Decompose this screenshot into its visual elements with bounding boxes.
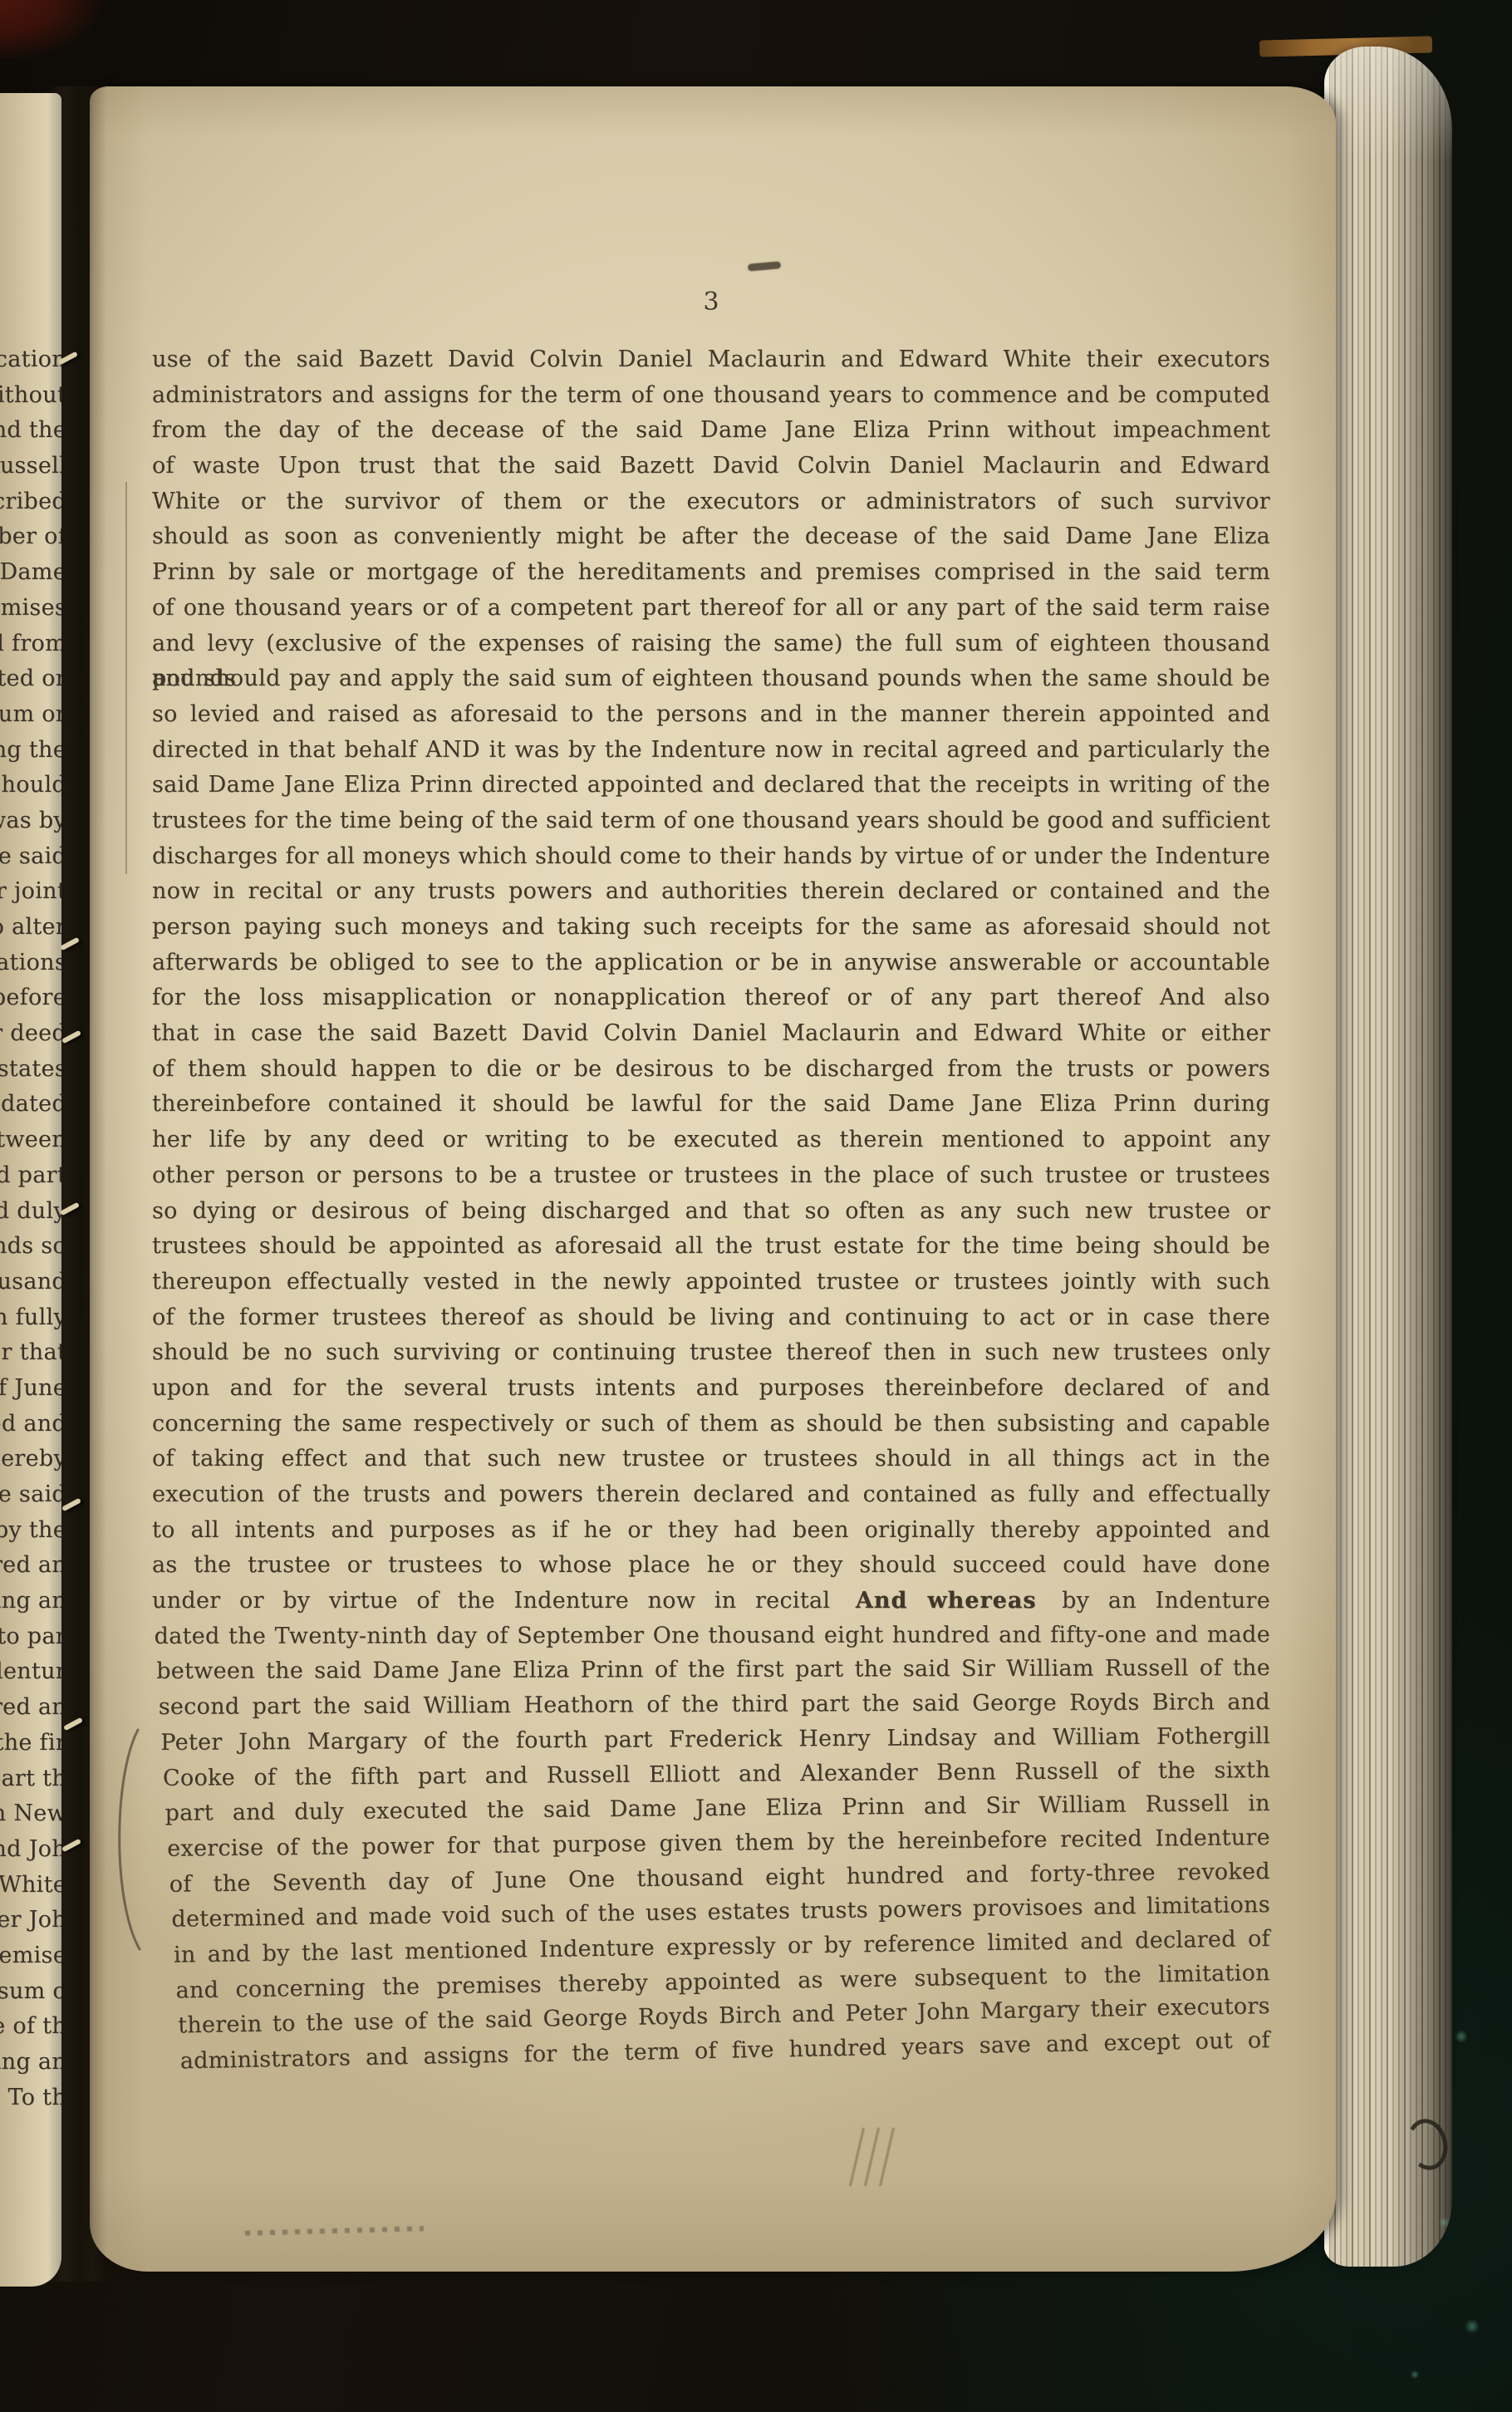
text-line: Prinn by sale or mortgage of the heredit… [152,555,1270,591]
body-text: use of the said Bazett David Colvin Dani… [152,342,1270,2080]
ink-smudge [748,261,782,271]
verso-fragment-line: cond part [0,1158,61,1194]
verso-fragment-line: Indentur [0,1654,61,1690]
tally-stroke [864,2128,880,2187]
fore-edge-page-stack [1324,47,1452,2267]
text-line: trustees for the time being of the said … [152,803,1270,839]
verso-fragment-line: mited or [0,661,61,697]
text-line: trustees should be appointed as aforesai… [152,1229,1270,1265]
verso-fragment-line: o the said [0,1477,61,1513]
text-line: of one thousand years or of a competent … [152,591,1270,626]
verso-fragment-line: been fully [0,1300,61,1336]
text-line: White or the survivor of them or the exe… [152,484,1270,520]
cover-corner-red [0,0,100,58]
text-line: person paying such moneys and taking suc… [152,910,1270,946]
verso-fragment-line: ndred an [0,1548,61,1584]
text-line: directed in that behalf AND it was by th… [152,733,1270,769]
verso-fragment-line: sisting an [0,2045,61,2080]
verso-fragment-line: sing the [0,733,61,769]
verso-fragment-line: and duly [0,1194,61,1230]
verso-fragment-line: reinbefore [0,980,61,1016]
verso-fragment-line: heir joint [0,874,61,910]
text-line: execution of the trusts and powers there… [152,1477,1270,1513]
verso-fragment-line: e between [0,1122,61,1158]
text-line: of waste Upon trust that the said Bazett… [152,449,1270,484]
text-line: should as soon as conveniently might be … [152,519,1270,555]
text-line: administrators and assigns for the term … [152,378,1270,414]
text-line: and should pay and apply the said sum of… [152,661,1270,697]
verso-fragment-line: e premise [0,1938,61,1974]
stitch-thread [61,1498,81,1512]
verso-fragment-line: late of th [0,2009,61,2045]
text-line: should be no such surviving or continuin… [152,1335,1270,1371]
text-line: between the said Dame Jane Eliza Prinn o… [152,1651,1270,1690]
verso-fragment-line: without [0,378,61,414]
text-line: from the day of the decease of the said … [152,413,1270,449]
verso-fragment-line: imitations [0,946,61,981]
text-line: of taking effect and that such new trust… [152,1442,1270,1477]
stitch-thread [60,1202,80,1216]
verso-fragment-line: sisting an [0,1584,61,1619]
verso-fragment-line: he sum o [0,1974,61,2010]
verso-fragment-line: part th [0,1761,61,1797]
verso-fragment-line: thousand [0,1265,61,1300]
tally-stroke [879,2128,895,2187]
verso-fragment-line: ld from [0,626,61,662]
teal-fleck [1465,2318,1479,2335]
verso-fragment-line: Ann New [0,1796,61,1832]
verso-fragment-line: to alter [0,910,61,946]
teal-fleck [1456,2029,1467,2044]
text-line: and levy (exclusive of the expenses of r… [152,626,1270,662]
verso-fragment-line: r for that [0,1335,61,1371]
stitch-thread [60,937,80,951]
verso-fragment-line: lescribed [0,484,61,520]
text-line: so levied and raised as aforesaid to the… [152,697,1270,733]
book-photograph: 3 use of the said Bazett David Colvin Da… [0,0,1512,2412]
verso-fragment-line: mber of [0,519,61,555]
verso-fragment-line: se by the [0,1513,61,1549]
text-line: afterwards be obliged to see to the appl… [152,946,1270,981]
stitch-thread [61,1839,81,1853]
verso-fragment-line: be hereby [0,1442,61,1477]
stitch-thread [63,1717,83,1732]
text-line: concerning the same respectively or such… [152,1407,1270,1442]
verso-fragment-line: pounds so [0,1229,61,1265]
recto-page: 3 use of the said Bazett David Colvin Da… [90,86,1336,2272]
verso-fragment-line: premises [0,591,61,626]
pencil-tally-marks [856,2127,922,2193]
verso-fragment-line: sum or [0,697,61,733]
verso-fragment-line: ted) To th [0,2080,61,2116]
teal-fleck [1411,2370,1419,2380]
text-line: under or by virtue of the Indenture now … [152,1584,1270,1619]
verso-fragment-line: and the [0,413,61,449]
text-line: as the trustee or trustees to whose plac… [152,1548,1270,1584]
text-line: to all intents and purposes as if he or … [152,1513,1270,1549]
text-line: so dying or desirous of being discharged… [152,1194,1270,1230]
text-line: her life by any deed or writing to be ex… [152,1122,1270,1158]
verso-fragment-line: of the fir [0,1726,61,1761]
text-line: thereupon effectually vested in the newl… [152,1265,1270,1300]
verso-fragment-line: n should [0,768,61,803]
gothic-phrase: And whereas [849,1588,1043,1614]
verso-fragment-line: as to par [0,1619,61,1655]
text-line: dated the Twenty-ninth day of September … [152,1618,1270,1655]
text-line: that in case the said Bazett David Colvi… [152,1016,1270,1052]
text-line: upon and for the several trusts intents … [152,1371,1270,1407]
text-line: discharges for all moneys which should c… [152,839,1270,875]
text-line: said Dame Jane Eliza Prinn directed appo… [152,768,1270,803]
margin-brace-mark [106,1727,145,1953]
verso-fragment-line: id Dame [0,555,61,591]
verso-fragment-line: t was by [0,803,61,839]
verso-fragment-line: es estates [0,1052,61,1088]
text-line: of the former trustees thereof as should… [152,1300,1270,1336]
tally-stroke [849,2128,865,2187]
verso-fragment-line: and Joh [0,1832,61,1868]
margin-fold-line [125,482,127,874]
verso-text-fragments: evocationwithoutand then Russelllescribe… [0,342,61,2115]
verso-fragment-line: White [0,1868,61,1904]
verso-fragment-line: ure dated [0,1087,61,1122]
text-line: for the loss misapplication or nonapplic… [152,980,1270,1016]
verso-fragment-line: of June [0,1371,61,1407]
page-number: 3 [152,287,1270,317]
verso-page-edge: evocationwithoutand then Russelllescribe… [0,93,61,2287]
verso-fragment-line: evocation [0,342,61,378]
text-line: of them should happen to die or be desir… [152,1052,1270,1088]
verso-fragment-line: Peter Joh [0,1903,61,1938]
stitch-thread [61,1030,81,1044]
text-line: other person or persons to be a trustee … [152,1158,1270,1194]
verso-fragment-line: mited and [0,1407,61,1442]
text-line: use of the said Bazett David Colvin Dani… [152,342,1270,378]
verso-fragment-line: ther deed [0,1016,61,1052]
text-line: thereinbefore contained it should be law… [152,1087,1270,1122]
verso-fragment-line: the said [0,839,61,875]
verso-fragment-line: ndred an [0,1690,61,1726]
teal-fleck [1439,2217,1449,2228]
text-line: now in recital or any trusts powers and … [152,874,1270,910]
pencil-scribble [245,2226,424,2236]
verso-fragment-line: n Russell [0,449,61,484]
